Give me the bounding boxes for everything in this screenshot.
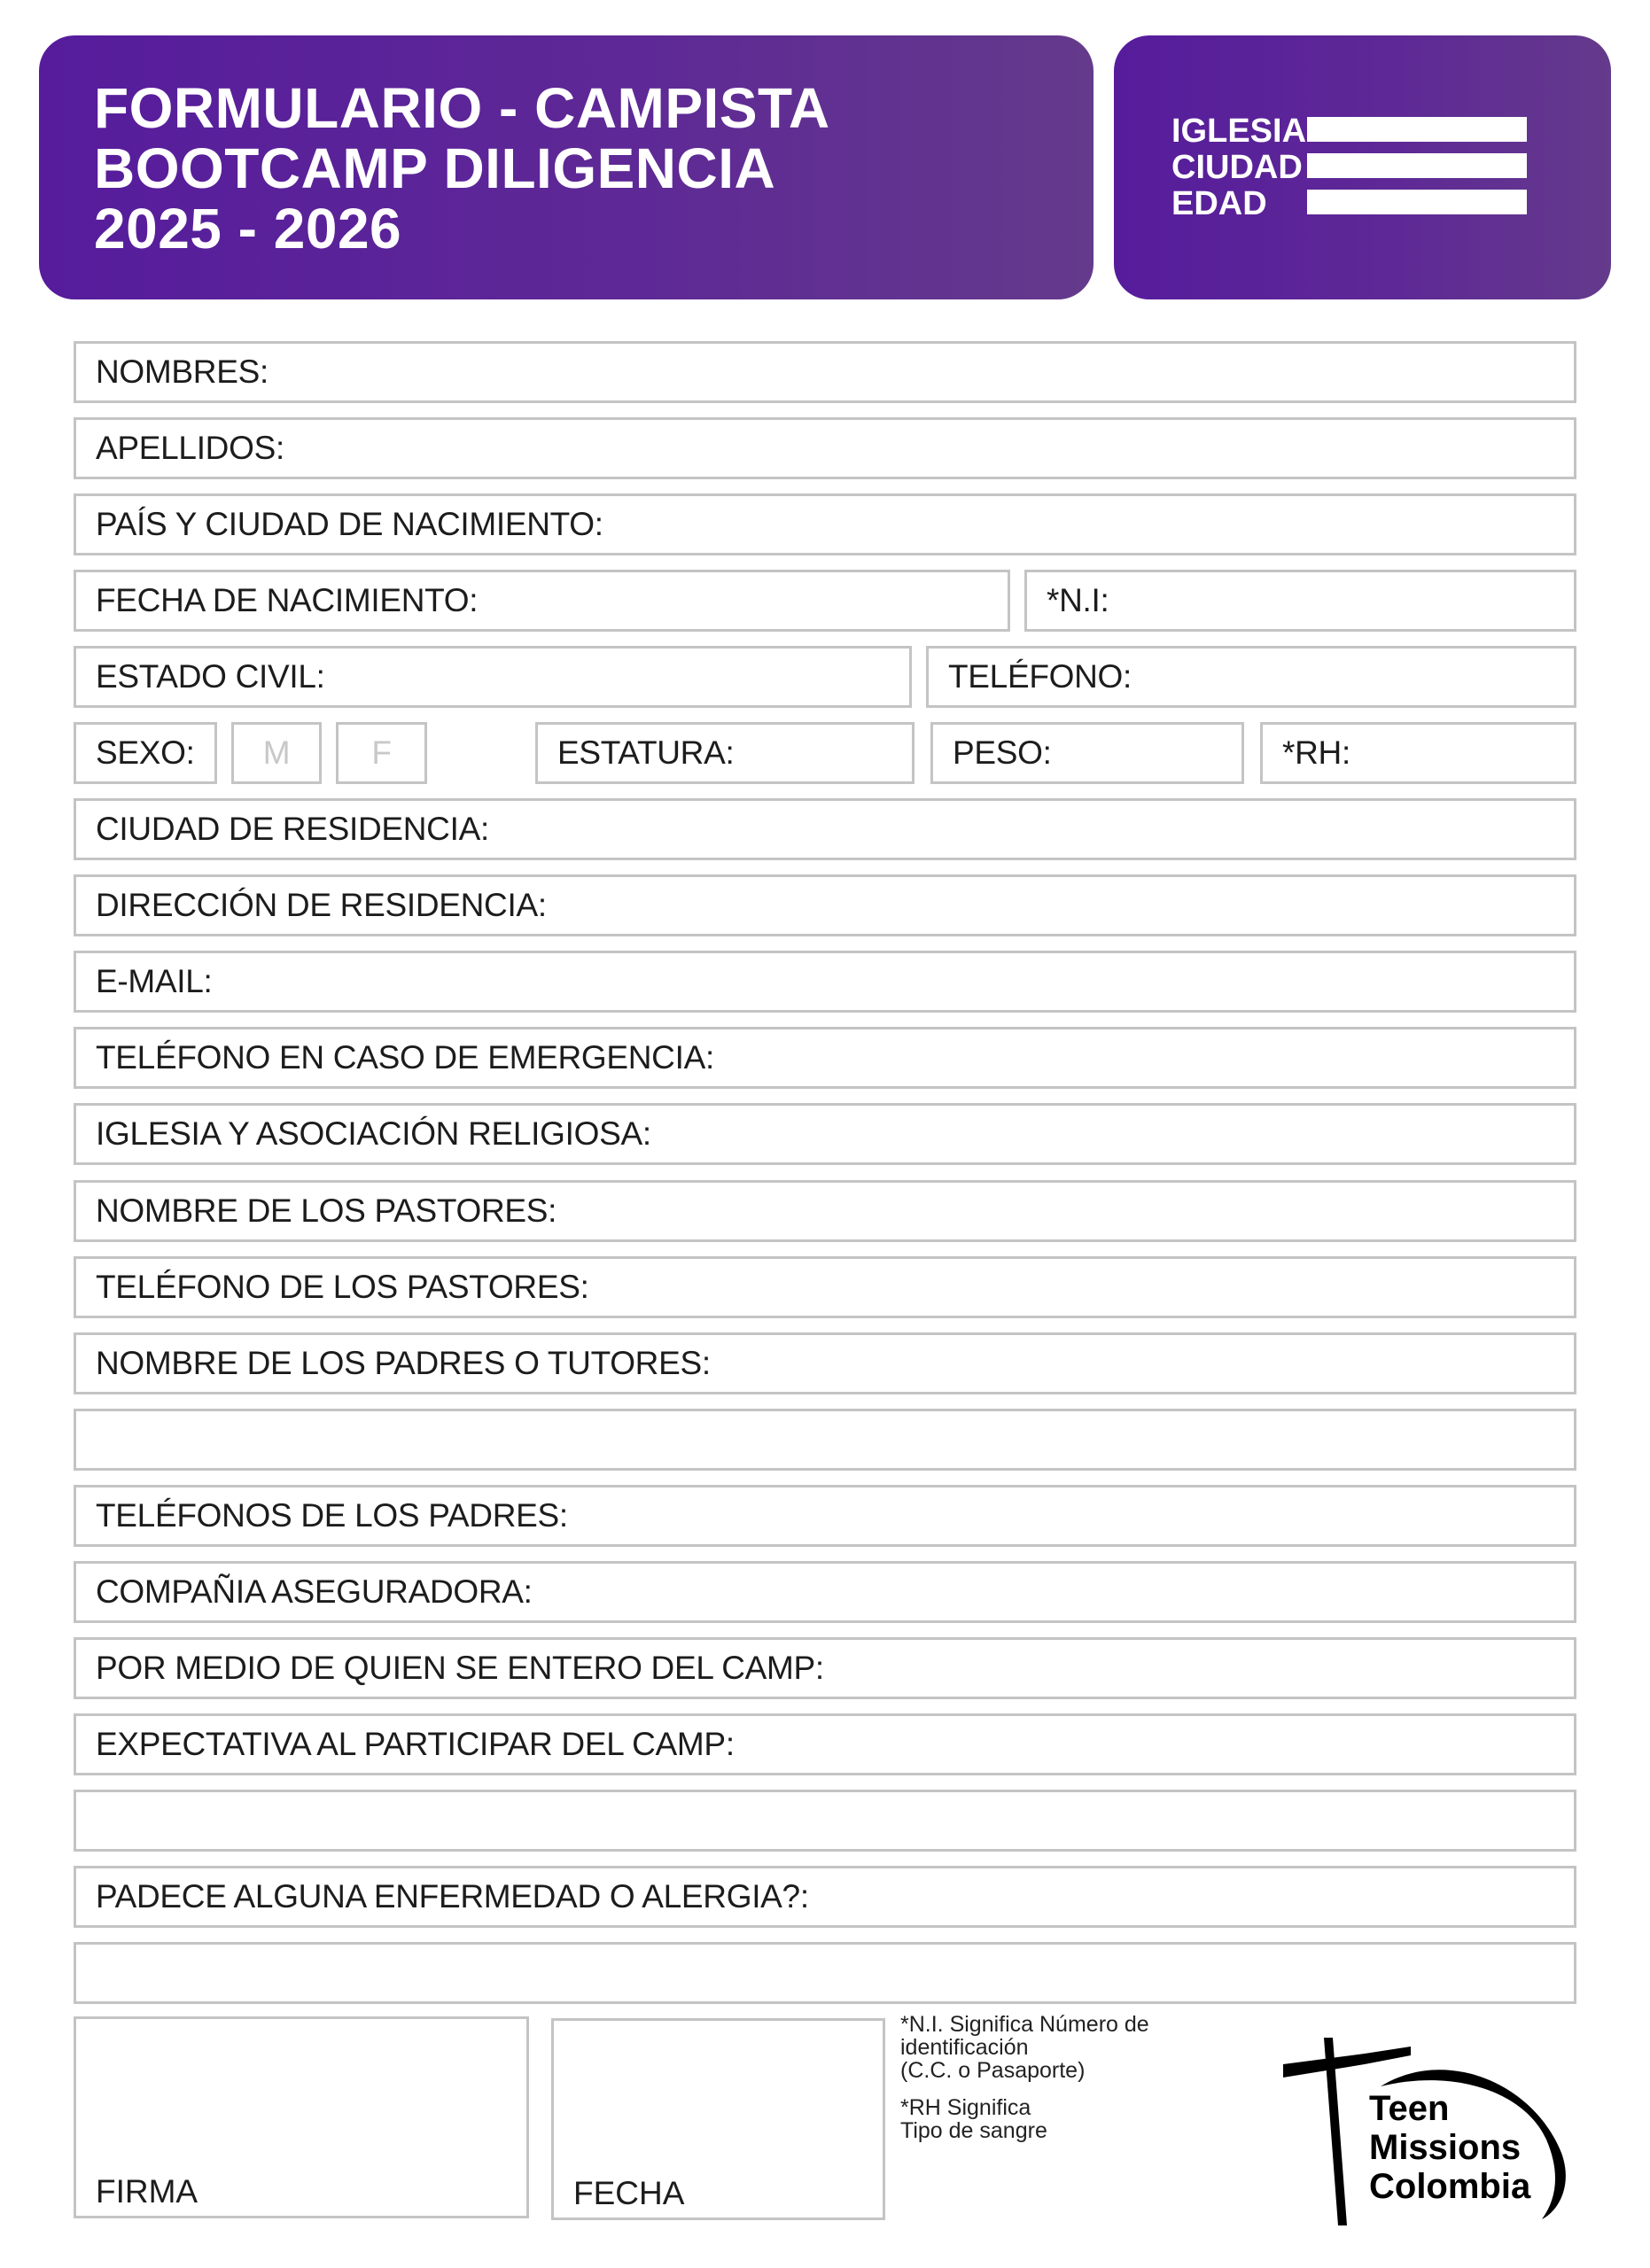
- medio-enterado-field[interactable]: POR MEDIO DE QUIEN SE ENTERO DEL CAMP:: [74, 1637, 1576, 1699]
- telefono-pastores-field[interactable]: TELÉFONO DE LOS PASTORES:: [74, 1256, 1576, 1318]
- apellidos-label: APELLIDOS:: [96, 430, 284, 467]
- ni-label: *N.I:: [1047, 582, 1109, 619]
- firma-box[interactable]: FIRMA: [74, 2016, 529, 2218]
- nombre-pastores-field[interactable]: NOMBRE DE LOS PASTORES:: [74, 1180, 1576, 1242]
- fecha-box[interactable]: FECHA: [551, 2018, 885, 2220]
- estado-civil-label: ESTADO CIVIL:: [96, 658, 325, 695]
- estatura-field[interactable]: ESTATURA:: [535, 722, 915, 784]
- enfermedad-alergia-continuation-field[interactable]: [74, 1942, 1576, 2004]
- info-banner: IGLESIA CIUDAD EDAD: [1114, 35, 1611, 299]
- sexo-option-f[interactable]: F: [336, 722, 427, 784]
- edad-input[interactable]: [1307, 190, 1527, 214]
- peso-label: PESO:: [953, 734, 1052, 772]
- nombres-field[interactable]: NOMBRES:: [74, 341, 1576, 403]
- pais-ciudad-nacimiento-label: PAÍS Y CIUDAD DE NACIMIENTO:: [96, 506, 603, 543]
- iglesia-input[interactable]: [1307, 117, 1527, 142]
- email-label: E-MAIL:: [96, 963, 213, 1000]
- telefono-emergencia-label: TELÉFONO EN CASO DE EMERGENCIA:: [96, 1039, 714, 1076]
- expectativa-continuation-field[interactable]: [74, 1790, 1576, 1852]
- sexo-option-f-label: F: [339, 734, 424, 772]
- firma-label: FIRMA: [96, 2173, 198, 2210]
- direccion-residencia-field[interactable]: DIRECCIÓN DE RESIDENCIA:: [74, 874, 1576, 936]
- nombre-padres-label: NOMBRE DE LOS PADRES O TUTORES:: [96, 1345, 711, 1382]
- aseguradora-field[interactable]: COMPAÑIA ASEGURADORA:: [74, 1561, 1576, 1623]
- expectativa-field[interactable]: EXPECTATIVA AL PARTICIPAR DEL CAMP:: [74, 1713, 1576, 1775]
- nombre-padres-field[interactable]: NOMBRE DE LOS PADRES O TUTORES:: [74, 1332, 1576, 1394]
- telefonos-padres-label: TELÉFONOS DE LOS PADRES:: [96, 1497, 568, 1534]
- telefono-emergencia-field[interactable]: TELÉFONO EN CASO DE EMERGENCIA:: [74, 1027, 1576, 1089]
- footnotes: *N.I. Significa Número de identificación…: [900, 2013, 1255, 2156]
- telefono-field[interactable]: TELÉFONO:: [926, 646, 1576, 708]
- rh-field[interactable]: *RH:: [1260, 722, 1576, 784]
- form-title: FORMULARIO - CAMPISTA BOOTCAMP DILIGENCI…: [94, 78, 830, 259]
- direccion-residencia-label: DIRECCIÓN DE RESIDENCIA:: [96, 887, 547, 924]
- info-label-edad: EDAD: [1171, 186, 1306, 222]
- pais-ciudad-nacimiento-field[interactable]: PAÍS Y CIUDAD DE NACIMIENTO:: [74, 493, 1576, 555]
- expectativa-label: EXPECTATIVA AL PARTICIPAR DEL CAMP:: [96, 1726, 735, 1763]
- nombre-pastores-label: NOMBRE DE LOS PASTORES:: [96, 1192, 556, 1230]
- sexo-option-m[interactable]: M: [231, 722, 322, 784]
- iglesia-asociacion-field[interactable]: IGLESIA Y ASOCIACIÓN RELIGIOSA:: [74, 1103, 1576, 1165]
- fecha-nacimiento-field[interactable]: FECHA DE NACIMIENTO:: [74, 570, 1010, 632]
- rh-footnote: *RH Significa Tipo de sangre: [900, 2096, 1255, 2142]
- sexo-label: SEXO:: [96, 734, 195, 772]
- nombres-label: NOMBRES:: [96, 353, 269, 391]
- sexo-option-m-label: M: [234, 734, 319, 772]
- ciudad-input[interactable]: [1307, 153, 1527, 178]
- ciudad-residencia-label: CIUDAD DE RESIDENCIA:: [96, 811, 489, 848]
- nombre-padres-continuation-field[interactable]: [74, 1409, 1576, 1471]
- info-labels: IGLESIA CIUDAD EDAD: [1171, 113, 1306, 222]
- ciudad-residencia-field[interactable]: CIUDAD DE RESIDENCIA:: [74, 798, 1576, 860]
- telefono-pastores-label: TELÉFONO DE LOS PASTORES:: [96, 1269, 589, 1306]
- rh-label: *RH:: [1282, 734, 1350, 772]
- info-label-ciudad: CIUDAD: [1171, 150, 1306, 186]
- info-label-iglesia: IGLESIA: [1171, 113, 1306, 150]
- sexo-field: SEXO:: [74, 722, 217, 784]
- peso-field[interactable]: PESO:: [930, 722, 1244, 784]
- telefono-label: TELÉFONO:: [948, 658, 1132, 695]
- iglesia-asociacion-label: IGLESIA Y ASOCIACIÓN RELIGIOSA:: [96, 1115, 651, 1153]
- fecha-label: FECHA: [573, 2175, 684, 2212]
- apellidos-field[interactable]: APELLIDOS:: [74, 417, 1576, 479]
- teen-missions-logo: Teen Missions Colombia: [1276, 2029, 1582, 2228]
- enfermedad-alergia-field[interactable]: PADECE ALGUNA ENFERMEDAD O ALERGIA?:: [74, 1866, 1576, 1928]
- form-title-banner: FORMULARIO - CAMPISTA BOOTCAMP DILIGENCI…: [39, 35, 1094, 299]
- estado-civil-field[interactable]: ESTADO CIVIL:: [74, 646, 912, 708]
- estatura-label: ESTATURA:: [557, 734, 734, 772]
- enfermedad-alergia-label: PADECE ALGUNA ENFERMEDAD O ALERGIA?:: [96, 1878, 809, 1915]
- ni-footnote: *N.I. Significa Número de identificación…: [900, 2013, 1255, 2082]
- aseguradora-label: COMPAÑIA ASEGURADORA:: [96, 1573, 533, 1611]
- email-field[interactable]: E-MAIL:: [74, 951, 1576, 1013]
- fecha-nacimiento-label: FECHA DE NACIMIENTO:: [96, 582, 478, 619]
- telefonos-padres-field[interactable]: TELÉFONOS DE LOS PADRES:: [74, 1485, 1576, 1547]
- ni-field[interactable]: *N.I:: [1024, 570, 1576, 632]
- medio-enterado-label: POR MEDIO DE QUIEN SE ENTERO DEL CAMP:: [96, 1650, 824, 1687]
- logo-text: Teen Missions Colombia: [1369, 2089, 1530, 2206]
